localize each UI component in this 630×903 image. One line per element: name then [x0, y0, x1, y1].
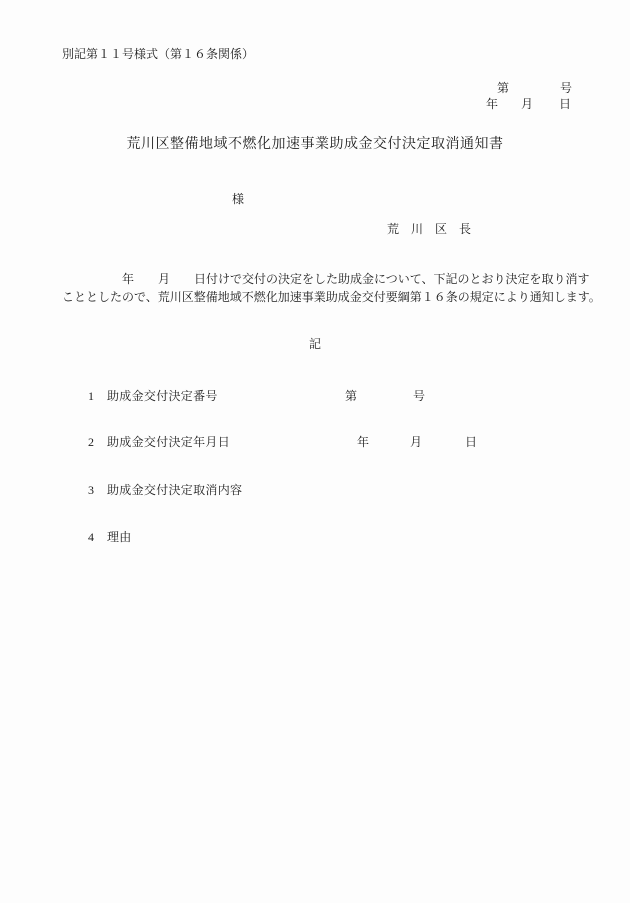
list-item-decision-number: 1 助成金交付決定番号 第 号 [0, 388, 630, 404]
list-item-reason: 4 理由 [0, 529, 630, 545]
date-day-label: 日 [559, 96, 571, 112]
doc-number-suffix-label: 号 [560, 80, 572, 96]
body-line-2: こととしたので、荒川区整備地域不燃化加速事業助成金交付要綱第１６条の規定により通… [62, 289, 601, 305]
item-label: 助成金交付決定年月日 [107, 434, 230, 450]
date-year-label: 年 [486, 96, 498, 112]
item-number: 2 [88, 434, 94, 450]
item-number: 4 [88, 529, 94, 545]
item-label: 助成金交付決定番号 [107, 388, 218, 404]
sender-title: 荒 川 区 長 [387, 221, 471, 237]
list-item-decision-date: 2 助成金交付決定年月日 年 月 日 [0, 434, 630, 450]
form-number: 別記第１１号様式（第１６条関係） [62, 46, 254, 62]
item-label: 助成金交付決定取消内容 [107, 482, 242, 498]
document-page: 別記第１１号様式（第１６条関係） 第 号 年 月 日 荒川区整備地域不燃化加速事… [0, 0, 630, 903]
document-title: 荒川区整備地域不燃化加速事業助成金交付決定取消通知書 [0, 135, 630, 155]
record-heading: 記 [0, 336, 630, 352]
date-month-label: 月 [521, 96, 533, 112]
list-item-revocation-details: 3 助成金交付決定取消内容 [0, 482, 630, 498]
body-line-1: 年 月 日付けで交付の決定をした助成金について、下記のとおり決定を取り消す [122, 271, 590, 287]
addressee-honorific: 様 [232, 191, 244, 207]
decision-date-month-label: 月 [410, 434, 422, 450]
decision-number-suffix-label: 号 [413, 388, 425, 404]
decision-number-prefix-label: 第 [345, 388, 357, 404]
decision-date-day-label: 日 [465, 434, 477, 450]
item-label: 理由 [107, 529, 132, 545]
item-number: 1 [88, 388, 94, 404]
doc-number-prefix-label: 第 [497, 80, 509, 96]
decision-date-year-label: 年 [357, 434, 369, 450]
item-number: 3 [88, 482, 94, 498]
